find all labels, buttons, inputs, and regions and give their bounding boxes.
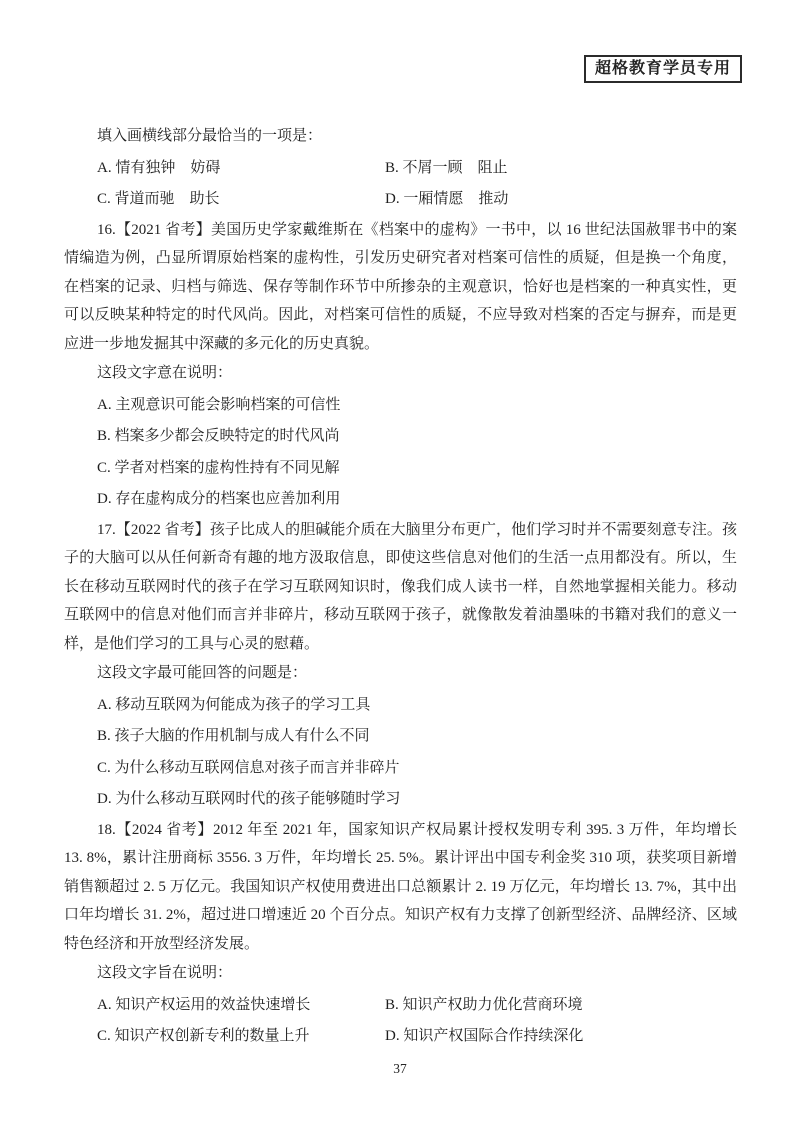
question-stem: 17.【2022 省考】孩子比成人的胆碱能介质在大脑里分布更广，他们学习时并不需… [64,516,737,659]
option-c: C. 为什么移动互联网信息对孩子而言并非碎片 [64,753,737,785]
option-row: C. 知识产权创新专利的数量上升 D. 知识产权国际合作持续深化 [64,1021,737,1053]
option-a: A. 移动互联网为何能成为孩子的学习工具 [64,690,737,722]
question-15-tail: 填入画横线部分最恰当的一项是： A. 情有独钟 妨碍 B. 不屑一顾 阻止 C.… [64,121,737,216]
document-page: 超格教育学员专用 填入画横线部分最恰当的一项是： A. 情有独钟 妨碍 B. 不… [0,0,800,1132]
option-a: A. 知识产权运用的效益快速增长 [97,990,385,1022]
header-badge: 超格教育学员专用 [584,55,742,83]
question-prompt: 这段文字旨在说明： [64,958,737,990]
question-prompt: 填入画横线部分最恰当的一项是： [64,121,737,153]
option-b: B. 不屑一顾 阻止 [385,153,737,185]
page-content: 填入画横线部分最恰当的一项是： A. 情有独钟 妨碍 B. 不屑一顾 阻止 C.… [64,121,737,1053]
question-stem: 16.【2021 省考】美国历史学家戴维斯在《档案中的虚构》一书中，以 16 世… [64,216,737,359]
option-b: B. 知识产权助力优化营商环境 [385,990,737,1022]
option-a: A. 情有独钟 妨碍 [97,153,385,185]
question-prompt: 这段文字最可能回答的问题是： [64,658,737,690]
option-row: C. 背道而驰 助长 D. 一厢情愿 推动 [64,184,737,216]
option-b: B. 孩子大脑的作用机制与成人有什么不同 [64,721,737,753]
option-c: C. 背道而驰 助长 [97,184,385,216]
option-d: D. 存在虚构成分的档案也应善加利用 [64,484,737,516]
question-16: 16.【2021 省考】美国历史学家戴维斯在《档案中的虚构》一书中，以 16 世… [64,216,737,516]
option-a: A. 主观意识可能会影响档案的可信性 [64,390,737,422]
option-row: A. 知识产权运用的效益快速增长 B. 知识产权助力优化营商环境 [64,990,737,1022]
option-row: A. 情有独钟 妨碍 B. 不屑一顾 阻止 [64,153,737,185]
question-18: 18.【2024 省考】2012 年至 2021 年，国家知识产权局累计授权发明… [64,816,737,1053]
question-stem: 18.【2024 省考】2012 年至 2021 年，国家知识产权局累计授权发明… [64,816,737,959]
question-prompt: 这段文字意在说明： [64,358,737,390]
option-c: C. 学者对档案的虚构性持有不同见解 [64,453,737,485]
option-b: B. 档案多少都会反映特定的时代风尚 [64,421,737,453]
option-d: D. 一厢情愿 推动 [385,184,737,216]
option-c: C. 知识产权创新专利的数量上升 [97,1021,385,1053]
option-d: D. 知识产权国际合作持续深化 [385,1021,737,1053]
page-number: 37 [0,1060,800,1078]
option-d: D. 为什么移动互联网时代的孩子能够随时学习 [64,784,737,816]
question-17: 17.【2022 省考】孩子比成人的胆碱能介质在大脑里分布更广，他们学习时并不需… [64,516,737,816]
